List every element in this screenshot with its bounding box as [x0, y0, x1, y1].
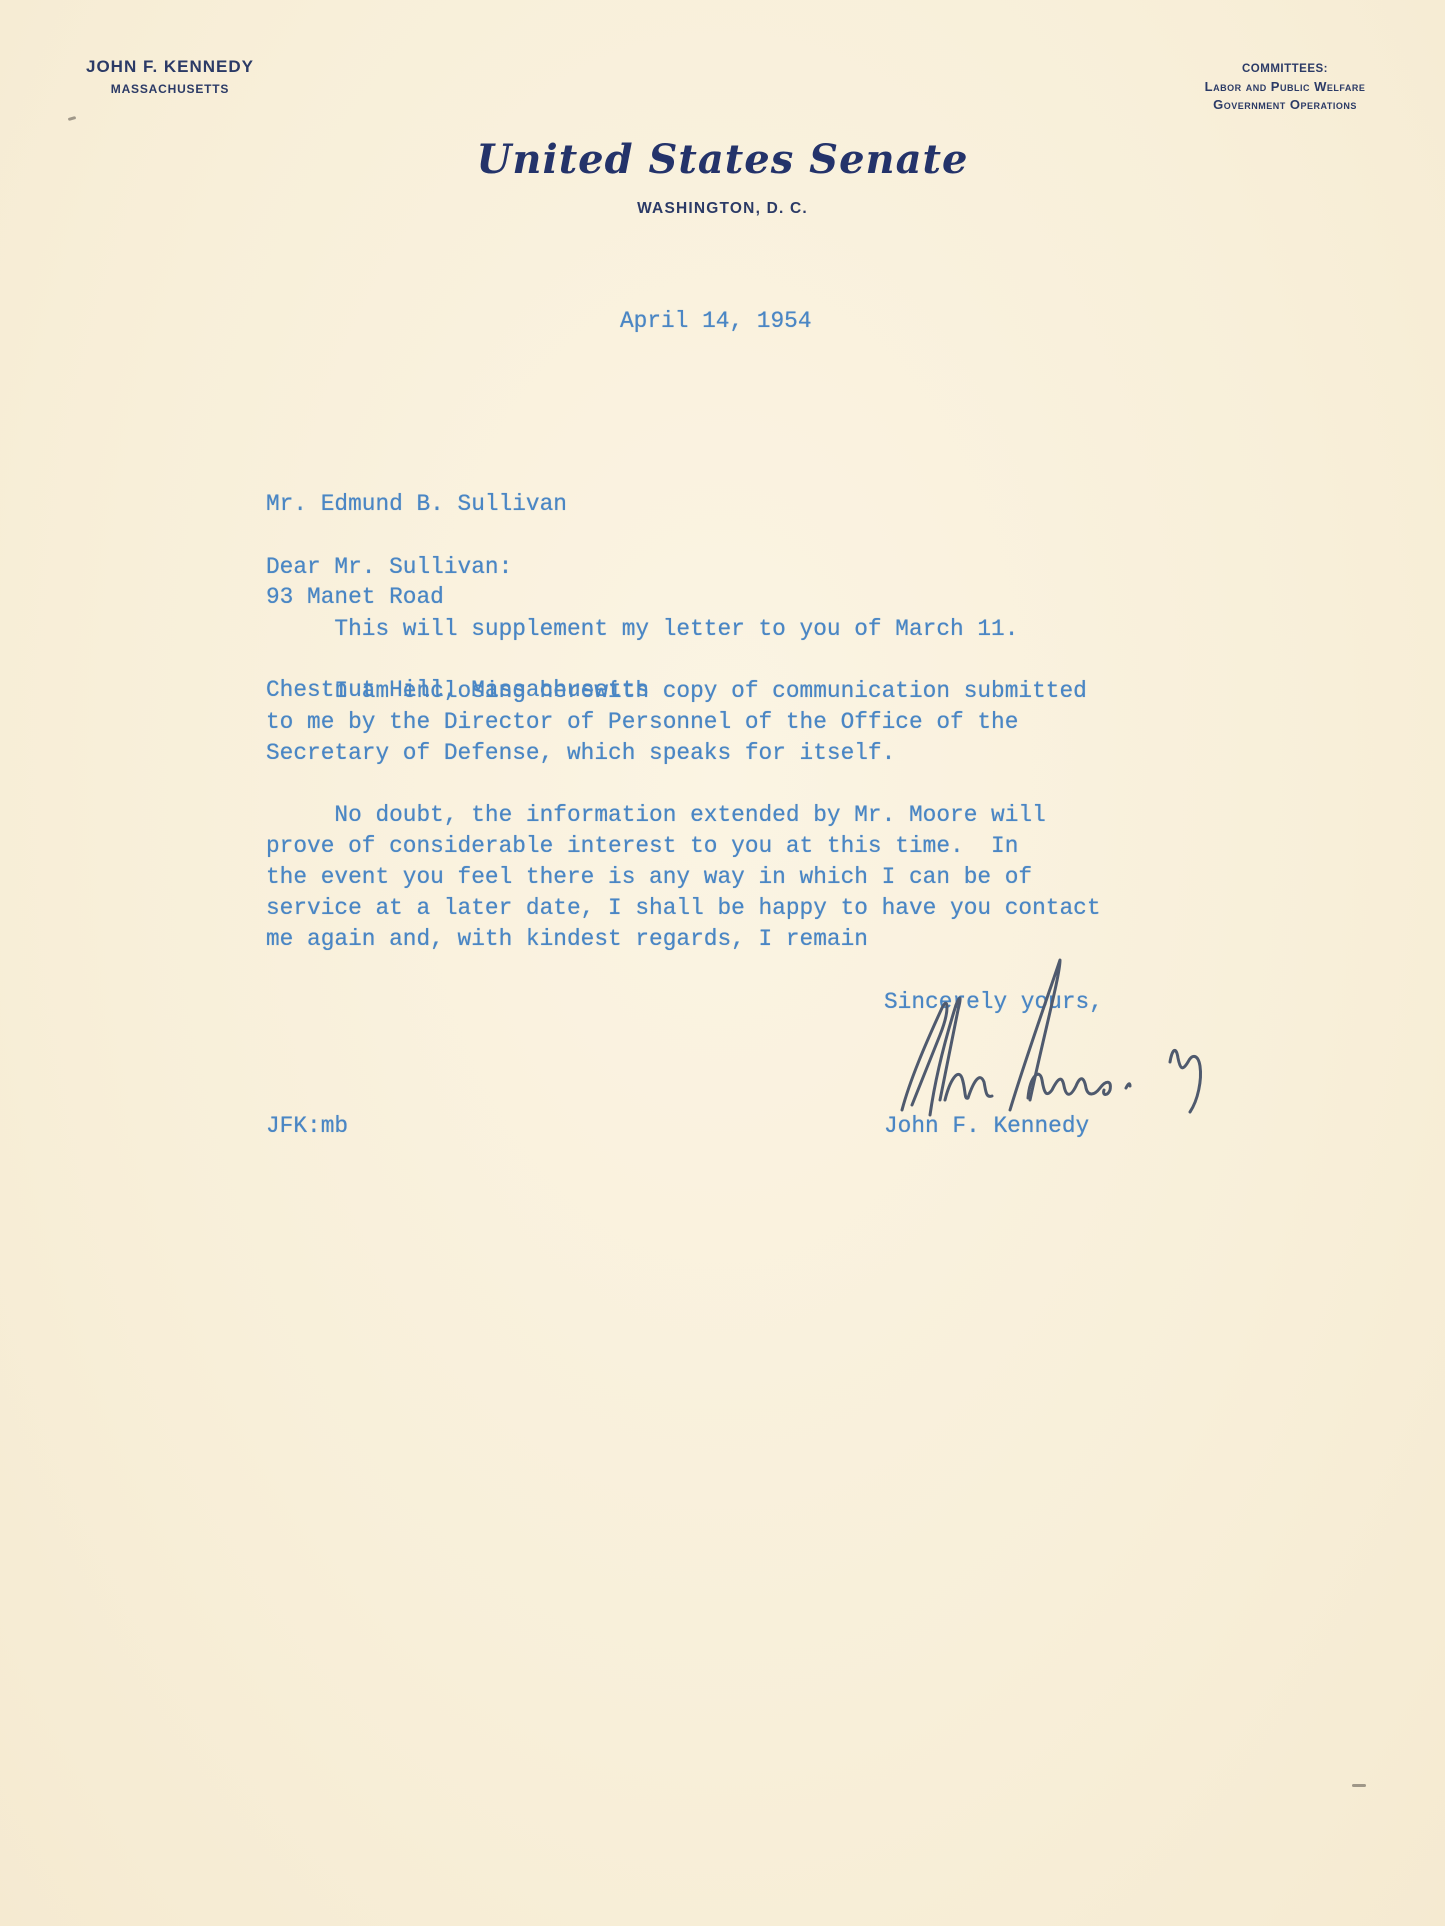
committee-item: Labor and Public Welfare: [1145, 78, 1425, 96]
paragraph-line: This will supplement my letter to you of…: [266, 614, 1266, 645]
paragraph-line: I am enclosing herewith copy of communic…: [266, 676, 1266, 707]
paragraph-line: prove of considerable interest to you at…: [266, 831, 1266, 862]
letterhead-committees: COMMITTEES: Labor and Public Welfare Gov…: [1145, 60, 1425, 114]
letter-date: April 14, 1954: [620, 306, 812, 337]
paper-blemish: [1352, 1784, 1366, 1787]
paragraph-line: Secretary of Defense, which speaks for i…: [266, 738, 1266, 769]
letterhead-senator-name: JOHN F. KENNEDY: [40, 57, 300, 77]
paragraph-line: No doubt, the information extended by Mr…: [266, 800, 1266, 831]
letterhead-institution: United States Senate: [0, 136, 1445, 183]
letterhead-senator-state: MASSACHUSETTS: [40, 82, 300, 96]
paragraph-1: This will supplement my letter to you of…: [266, 614, 1266, 645]
reference-initials: JFK:mb: [266, 1111, 348, 1142]
signer-name: John F. Kennedy: [884, 1111, 1089, 1142]
paragraph-line: to me by the Director of Personnel of th…: [266, 707, 1266, 738]
committees-heading: COMMITTEES:: [1145, 60, 1425, 78]
recipient-line: 93 Manet Road: [266, 582, 649, 613]
handwritten-signature-icon: [890, 950, 1230, 1125]
paragraph-line: the event you feel there is any way in w…: [266, 862, 1266, 893]
salutation: Dear Mr. Sullivan:: [266, 552, 512, 583]
recipient-line: Mr. Edmund B. Sullivan: [266, 489, 649, 520]
paragraph-line: service at a later date, I shall be happ…: [266, 893, 1266, 924]
paragraph-2: I am enclosing herewith copy of communic…: [266, 676, 1266, 769]
paragraph-3: No doubt, the information extended by Mr…: [266, 800, 1266, 955]
letterhead-city: WASHINGTON, D. C.: [0, 200, 1445, 218]
committee-item: Government Operations: [1145, 96, 1425, 114]
